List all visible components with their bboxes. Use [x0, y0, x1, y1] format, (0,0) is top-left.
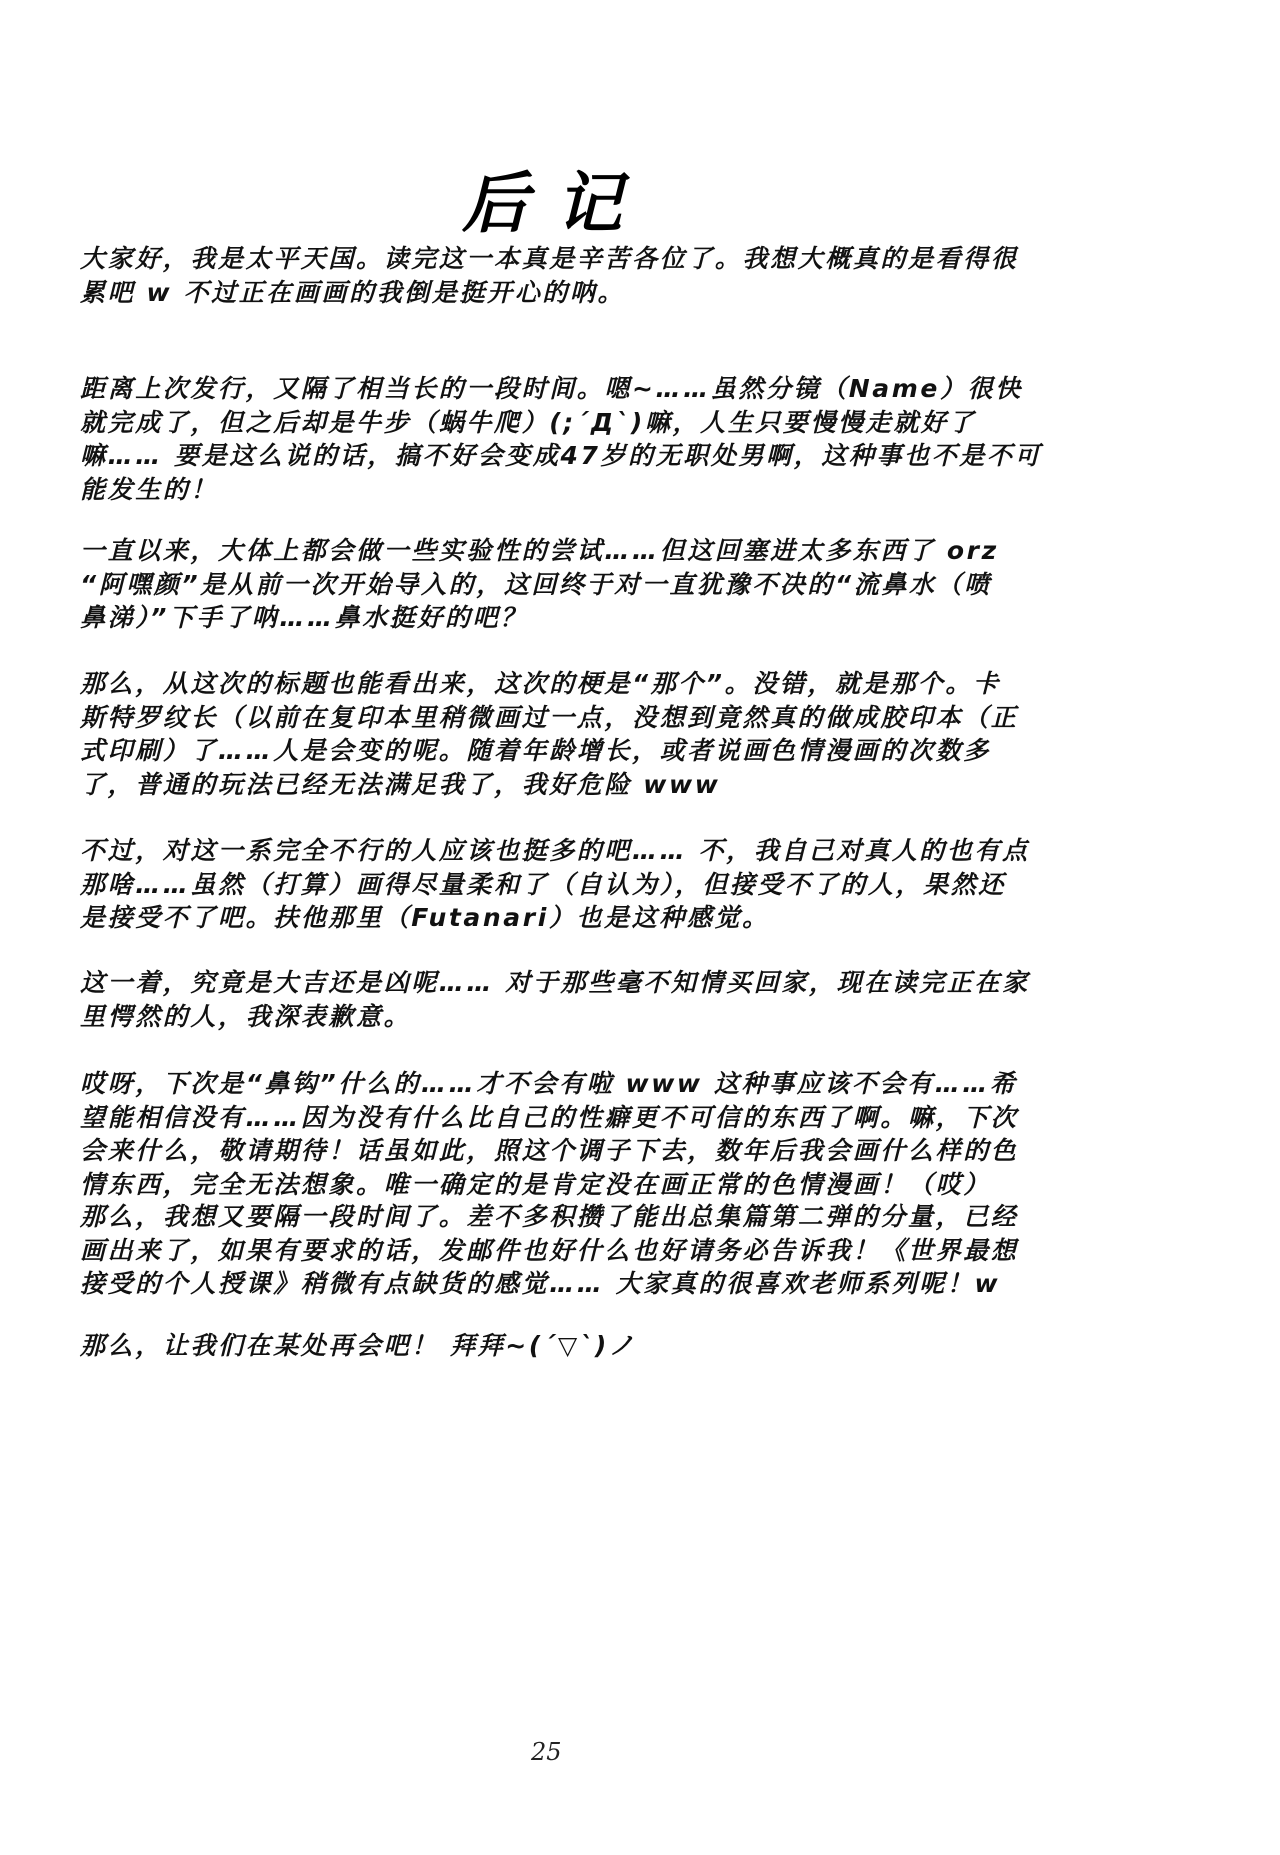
text-line: 就完成了，但之后却是牛步（蜗牛爬）(;´Д`)嘛，人生只要慢慢走就好了 — [80, 406, 980, 440]
paragraph-greeting: 大家好，我是太平天国。读完这一本真是辛苦各位了。我想大概真的是看得很 累吧 w … — [80, 242, 980, 309]
paragraph-acceptance: 不过，对这一系完全不行的人应该也挺多的吧…… 不，我自己对真人的也有点 那啥……… — [80, 834, 980, 935]
text-line: 一直以来，大体上都会做一些实验性的尝试……但这回塞进太多东西了 orz — [80, 534, 980, 568]
text-line: 鼻涕）”下手了呐……鼻水挺好的吧？ — [80, 601, 980, 635]
text-line: 斯特罗纹长（以前在复印本里稍微画过一点，没想到竟然真的做成胶印本（正 — [80, 701, 980, 735]
text-line: 接受的个人授课》稍微有点缺货的感觉…… 大家真的很喜欢老师系列呢！w — [80, 1267, 980, 1301]
text-line: 哎呀，下次是“鼻钩”什么的……才不会有啦 www 这种事应该不会有……希 — [80, 1067, 980, 1101]
text-line: “阿嘿颜”是从前一次开始导入的，这回终于对一直犹豫不决的“流鼻水（喷 — [80, 568, 980, 602]
text-line: 那么，从这次的标题也能看出来，这次的梗是“那个”。没错，就是那个。卡 — [80, 667, 980, 701]
text-line: 了，普通的玩法已经无法满足我了，我好危险 www — [80, 768, 980, 802]
paragraph-theme: 那么，从这次的标题也能看出来，这次的梗是“那个”。没错，就是那个。卡 斯特罗纹长… — [80, 667, 980, 801]
text-line: 能发生的！ — [80, 473, 980, 507]
page-number: 25 — [531, 1738, 562, 1766]
document-page: 后记 大家好，我是太平天国。读完这一本真是辛苦各位了。我想大概真的是看得很 累吧… — [0, 0, 1280, 1855]
text-line: 这一着，究竟是大吉还是凶呢…… 对于那些毫不知情买回家，现在读完正在家 — [80, 966, 980, 1000]
text-line: 情东西，完全无法想象。唯一确定的是肯定没在画正常的色情漫画！（哎） — [80, 1168, 980, 1202]
text-line: 大家好，我是太平天国。读完这一本真是辛苦各位了。我想大概真的是看得很 — [80, 242, 980, 276]
page-title: 后记 — [462, 150, 650, 245]
paragraph-apology: 这一着，究竟是大吉还是凶呢…… 对于那些毫不知情买回家，现在读完正在家 里愕然的… — [80, 966, 980, 1033]
paragraph-release-gap: 距离上次发行，又隔了相当长的一段时间。嗯~……虽然分镜（Name）很快 就完成了… — [80, 372, 980, 506]
text-line: 那啥……虽然（打算）画得尽量柔和了（自认为），但接受不了的人，果然还 — [80, 868, 980, 902]
text-line: 式印刷）了……人是会变的呢。随着年龄增长，或者说画色情漫画的次数多 — [80, 734, 980, 768]
paragraph-next-time: 哎呀，下次是“鼻钩”什么的……才不会有啦 www 这种事应该不会有……希 望能相… — [80, 1067, 980, 1201]
text-line: 会来什么，敬请期待！话虽如此，照这个调子下去，数年后我会画什么样的色 — [80, 1134, 980, 1168]
text-line: 画出来了，如果有要求的话，发邮件也好什么也好请务必告诉我！《世界最想 — [80, 1234, 980, 1268]
text-line: 嘛…… 要是这么说的话，搞不好会变成47岁的无职处男啊，这种事也不是不可 — [80, 439, 980, 473]
text-line: 距离上次发行，又隔了相当长的一段时间。嗯~……虽然分镜（Name）很快 — [80, 372, 980, 406]
text-line: 里愕然的人，我深表歉意。 — [80, 1000, 980, 1034]
text-line: 望能相信没有……因为没有什么比自己的性癖更不可信的东西了啊。嘛，下次 — [80, 1101, 980, 1135]
text-line: 那么，让我们在某处再会吧！ 拜拜~(´▽`)ノ — [80, 1329, 980, 1363]
paragraph-experiments: 一直以来，大体上都会做一些实验性的尝试……但这回塞进太多东西了 orz “阿嘿颜… — [80, 534, 980, 635]
text-line: 是接受不了吧。扶他那里（Futanari）也是这种感觉。 — [80, 901, 980, 935]
text-line: 累吧 w 不过正在画画的我倒是挺开心的呐。 — [80, 276, 980, 310]
text-line: 那么，我想又要隔一段时间了。差不多积攒了能出总集篇第二弹的分量，已经 — [80, 1200, 980, 1234]
text-line: 不过，对这一系完全不行的人应该也挺多的吧…… 不，我自己对真人的也有点 — [80, 834, 980, 868]
paragraph-farewell: 那么，让我们在某处再会吧！ 拜拜~(´▽`)ノ — [80, 1329, 980, 1363]
paragraph-compilation: 那么，我想又要隔一段时间了。差不多积攒了能出总集篇第二弹的分量，已经 画出来了，… — [80, 1200, 980, 1301]
